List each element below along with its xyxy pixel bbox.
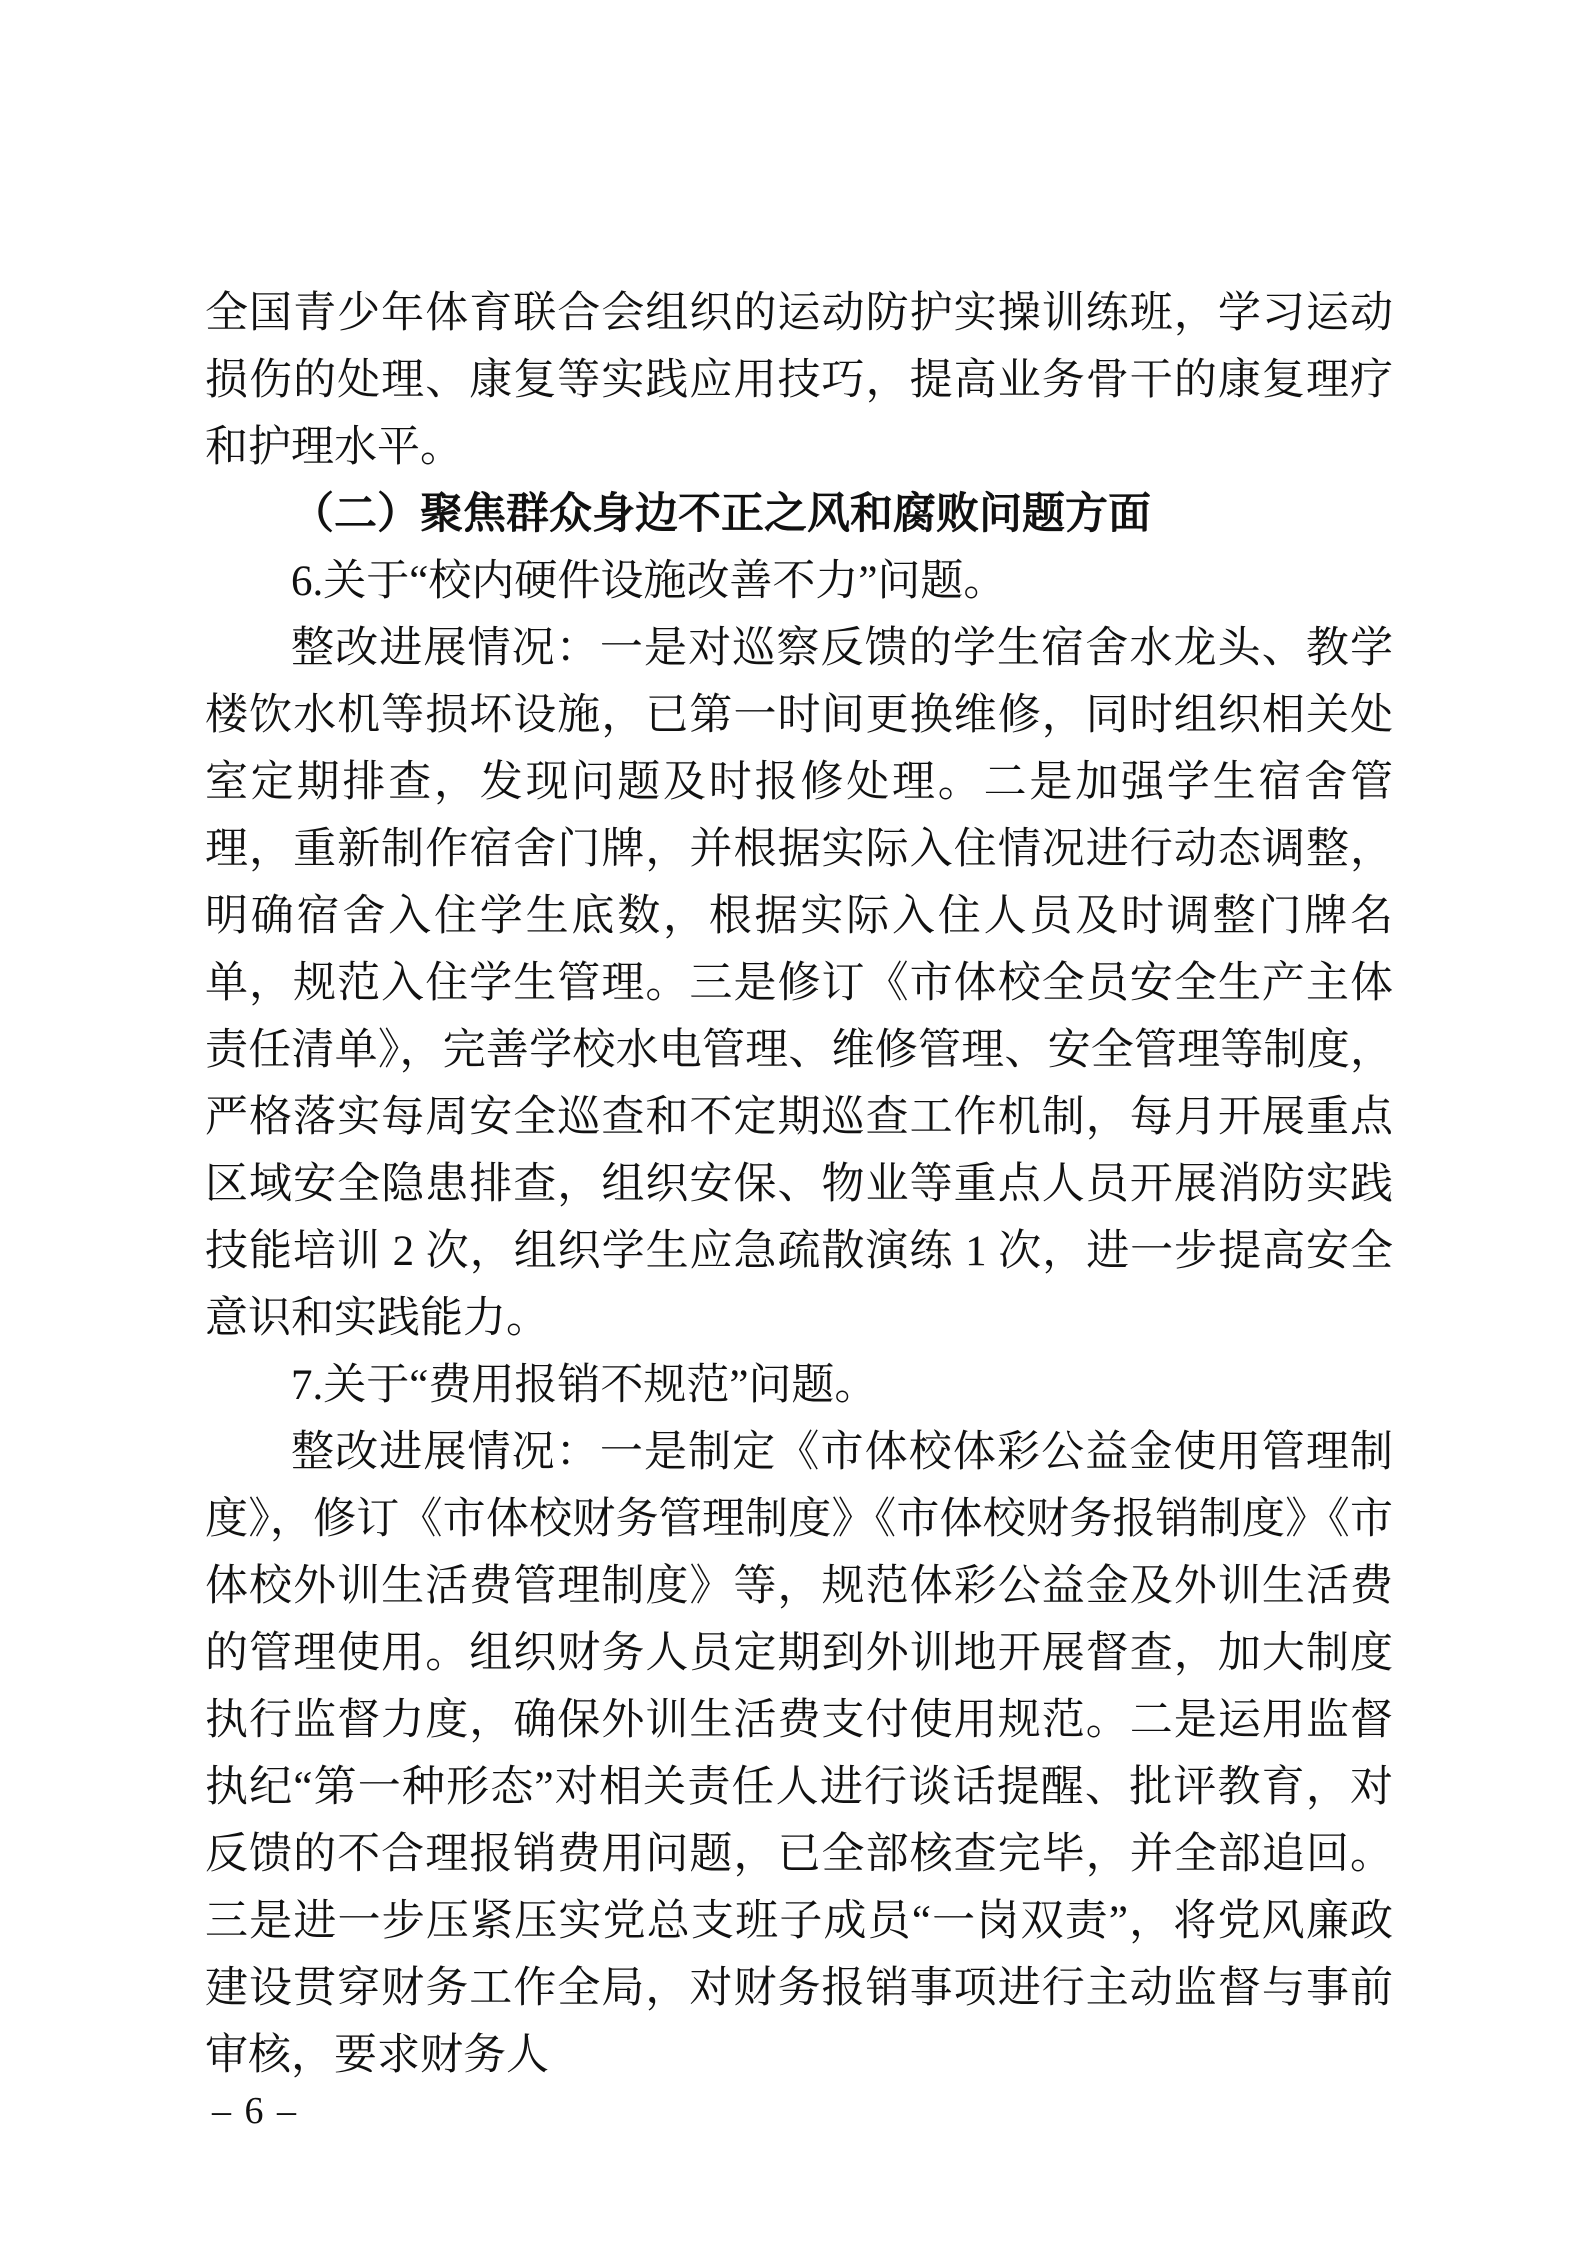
- issue-heading-7: 7.关于“费用报销不规范”问题。: [205, 1352, 1393, 1419]
- issue-heading-6: 6.关于“校内硬件设施改善不力”问题。: [205, 548, 1393, 615]
- page-number: – 6 –: [212, 2090, 298, 2132]
- section-heading: （二）聚焦群众身边不正之风和腐败问题方面: [205, 481, 1393, 548]
- rectification-paragraph-7: 整改进展情况：一是制定《市体校体彩公益金使用管理制度》，修订《市体校财务管理制度…: [205, 1419, 1393, 2089]
- document-body: 全国青少年体育联合会组织的运动防护实操训练班，学习运动损伤的处理、康复等实践应用…: [205, 280, 1393, 2089]
- paragraph-continuation: 全国青少年体育联合会组织的运动防护实操训练班，学习运动损伤的处理、康复等实践应用…: [205, 280, 1393, 481]
- document-page: 全国青少年体育联合会组织的运动防护实操训练班，学习运动损伤的处理、康复等实践应用…: [0, 0, 1587, 2245]
- rectification-paragraph-6: 整改进展情况：一是对巡察反馈的学生宿舍水龙头、教学楼饮水机等损坏设施，已第一时间…: [205, 615, 1393, 1352]
